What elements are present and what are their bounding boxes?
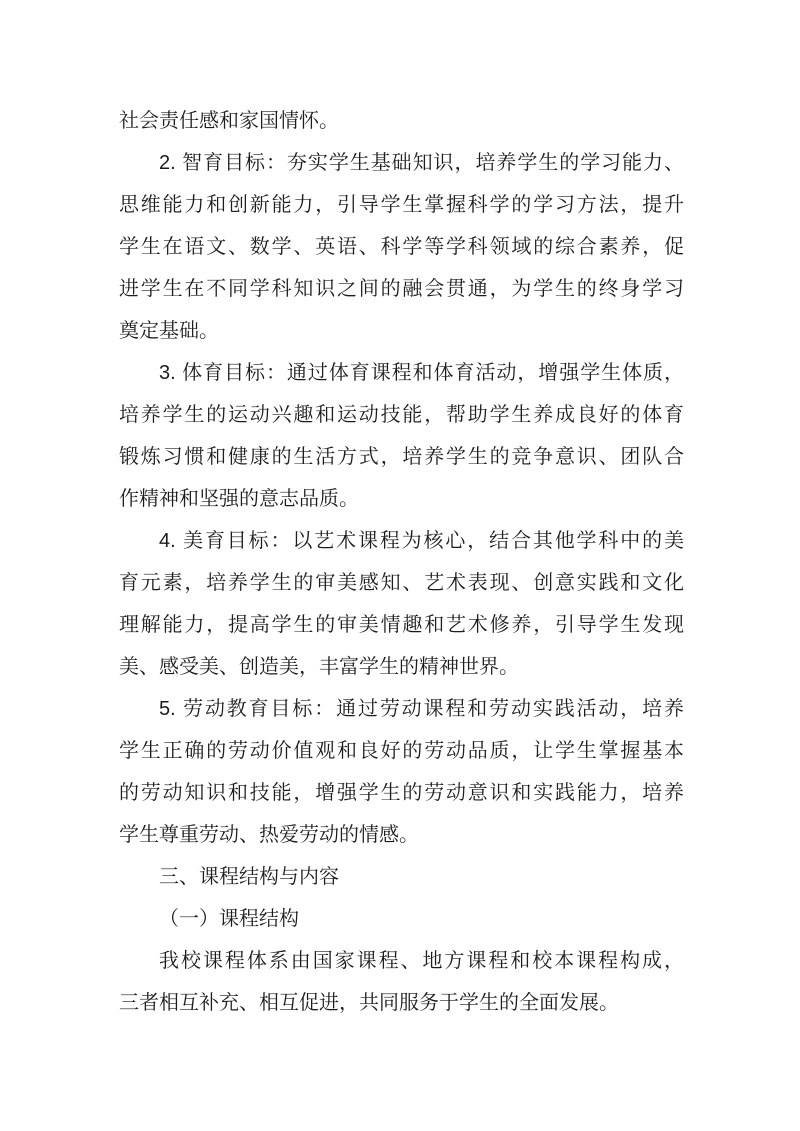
item-3-physical-goal-line: 3. 体育目标：通过体育课程和体育活动，增强学生体质， — [119, 352, 684, 394]
doc-line: 锻炼习惯和健康的生活方式，培养学生的竞争意识、团队合 — [119, 436, 684, 478]
doc-line: 育元素，培养学生的审美感知、艺术表现、创意实践和文化 — [119, 562, 684, 604]
doc-line: 作精神和坚强的意志品质。 — [119, 478, 684, 520]
item-4-aesthetic-goal-line: 4. 美育目标：以艺术课程为核心，结合其他学科中的美 — [119, 520, 684, 562]
paragraph-continuation-line: 社会责任感和家国情怀。 — [119, 100, 684, 142]
doc-line: 培养学生的运动兴趣和运动技能，帮助学生养成良好的体育 — [119, 394, 684, 436]
doc-line: 思维能力和创新能力，引导学生掌握科学的学习方法，提升 — [119, 184, 684, 226]
heading-subsection-1: （一）课程结构 — [119, 898, 684, 940]
doc-line: 美、感受美、创造美，丰富学生的精神世界。 — [119, 646, 684, 688]
document-page: 社会责任感和家国情怀。 2. 智育目标：夯实学生基础知识，培养学生的学习能力、 … — [0, 0, 800, 1131]
heading-section-3: 三、课程结构与内容 — [119, 856, 684, 898]
doc-line: 学生在语文、数学、英语、科学等学科领域的综合素养，促 — [119, 226, 684, 268]
doc-line: 理解能力，提高学生的审美情趣和艺术修养，引导学生发现 — [119, 604, 684, 646]
item-5-labor-goal-line: 5. 劳动教育目标：通过劳动课程和劳动实践活动，培养 — [119, 688, 684, 730]
doc-line: 的劳动知识和技能，增强学生的劳动意识和实践能力，培养 — [119, 772, 684, 814]
doc-line: 三者相互补充、相互促进，共同服务于学生的全面发展。 — [119, 982, 684, 1024]
item-2-intellectual-goal-line: 2. 智育目标：夯实学生基础知识，培养学生的学习能力、 — [119, 142, 684, 184]
doc-line: 奠定基础。 — [119, 310, 684, 352]
doc-line: 进学生在不同学科知识之间的融会贯通，为学生的终身学习 — [119, 268, 684, 310]
doc-line: 我校课程体系由国家课程、地方课程和校本课程构成， — [119, 940, 684, 982]
doc-line: 学生正确的劳动价值观和良好的劳动品质，让学生掌握基本 — [119, 730, 684, 772]
doc-line: 学生尊重劳动、热爱劳动的情感。 — [119, 814, 684, 856]
